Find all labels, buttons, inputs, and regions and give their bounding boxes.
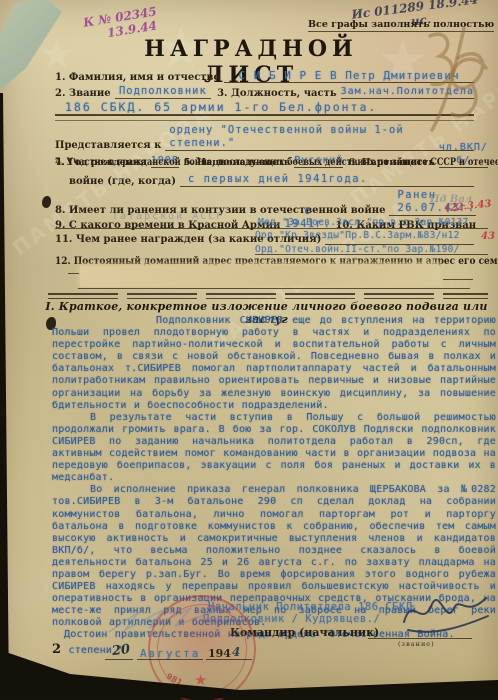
date-year-digit: 4 [232,645,240,659]
field-service-row2: войне (где, когда) с первых дней 1941год… [55,173,474,187]
document-page: ПАМЯТЬ НАРОДА ПАМЯТЬ НАРОДА ПАМЯТЬ НАРОД… [0,0,498,698]
rule-line [255,254,488,255]
commander-signature-line [368,638,472,639]
field-service-value: с первых дней 1941года. [180,173,474,187]
date-day: 20 [111,642,131,659]
scan-edge-left [0,93,9,698]
origin-faded-text: Татарской АССР [112,211,224,222]
ink-blot [42,196,51,208]
separator-dashes [48,298,488,300]
field-service-row1: 7. Участие в гражданской войне, последую… [55,157,474,168]
rule-line [55,228,488,229]
field-rank-label: 2. Звание [55,88,115,99]
field-rank-value: Подполковник [115,85,211,99]
field-name-label: 1. Фамилия, имя и отчество [55,72,224,83]
date-underline [105,659,133,660]
handwritten-signature [398,586,490,638]
dash-mark [68,273,79,274]
rule-line [78,288,470,289]
rank-hint: (звание) [398,640,435,648]
citation-paragraph: Подполковник СИБИРЕВ еще до вступления н… [52,315,496,412]
date-underline [206,659,252,660]
verdict-degree-number: 2 [52,642,61,657]
prior-award-medal: Мед."За Боев.Засл."пр.в.с.Зар.№0137 [258,217,469,228]
field-service-label2: войне (где, когда) [55,176,180,187]
pencil-scrawl [402,26,492,136]
field-service-label: 7. Участие в гражданской войне, последую… [55,157,498,168]
watermark-star-icon [40,38,74,72]
date-underline [137,659,203,660]
rule-segment [443,279,473,280]
citation-paragraph: В результате части вступив в Польшу с бо… [52,412,496,485]
redacted-address-box [80,264,440,287]
separator-dashes [48,293,488,295]
red-date-note2: 43 [481,231,495,242]
field-position-label: 3. Должность, часть [211,88,341,99]
